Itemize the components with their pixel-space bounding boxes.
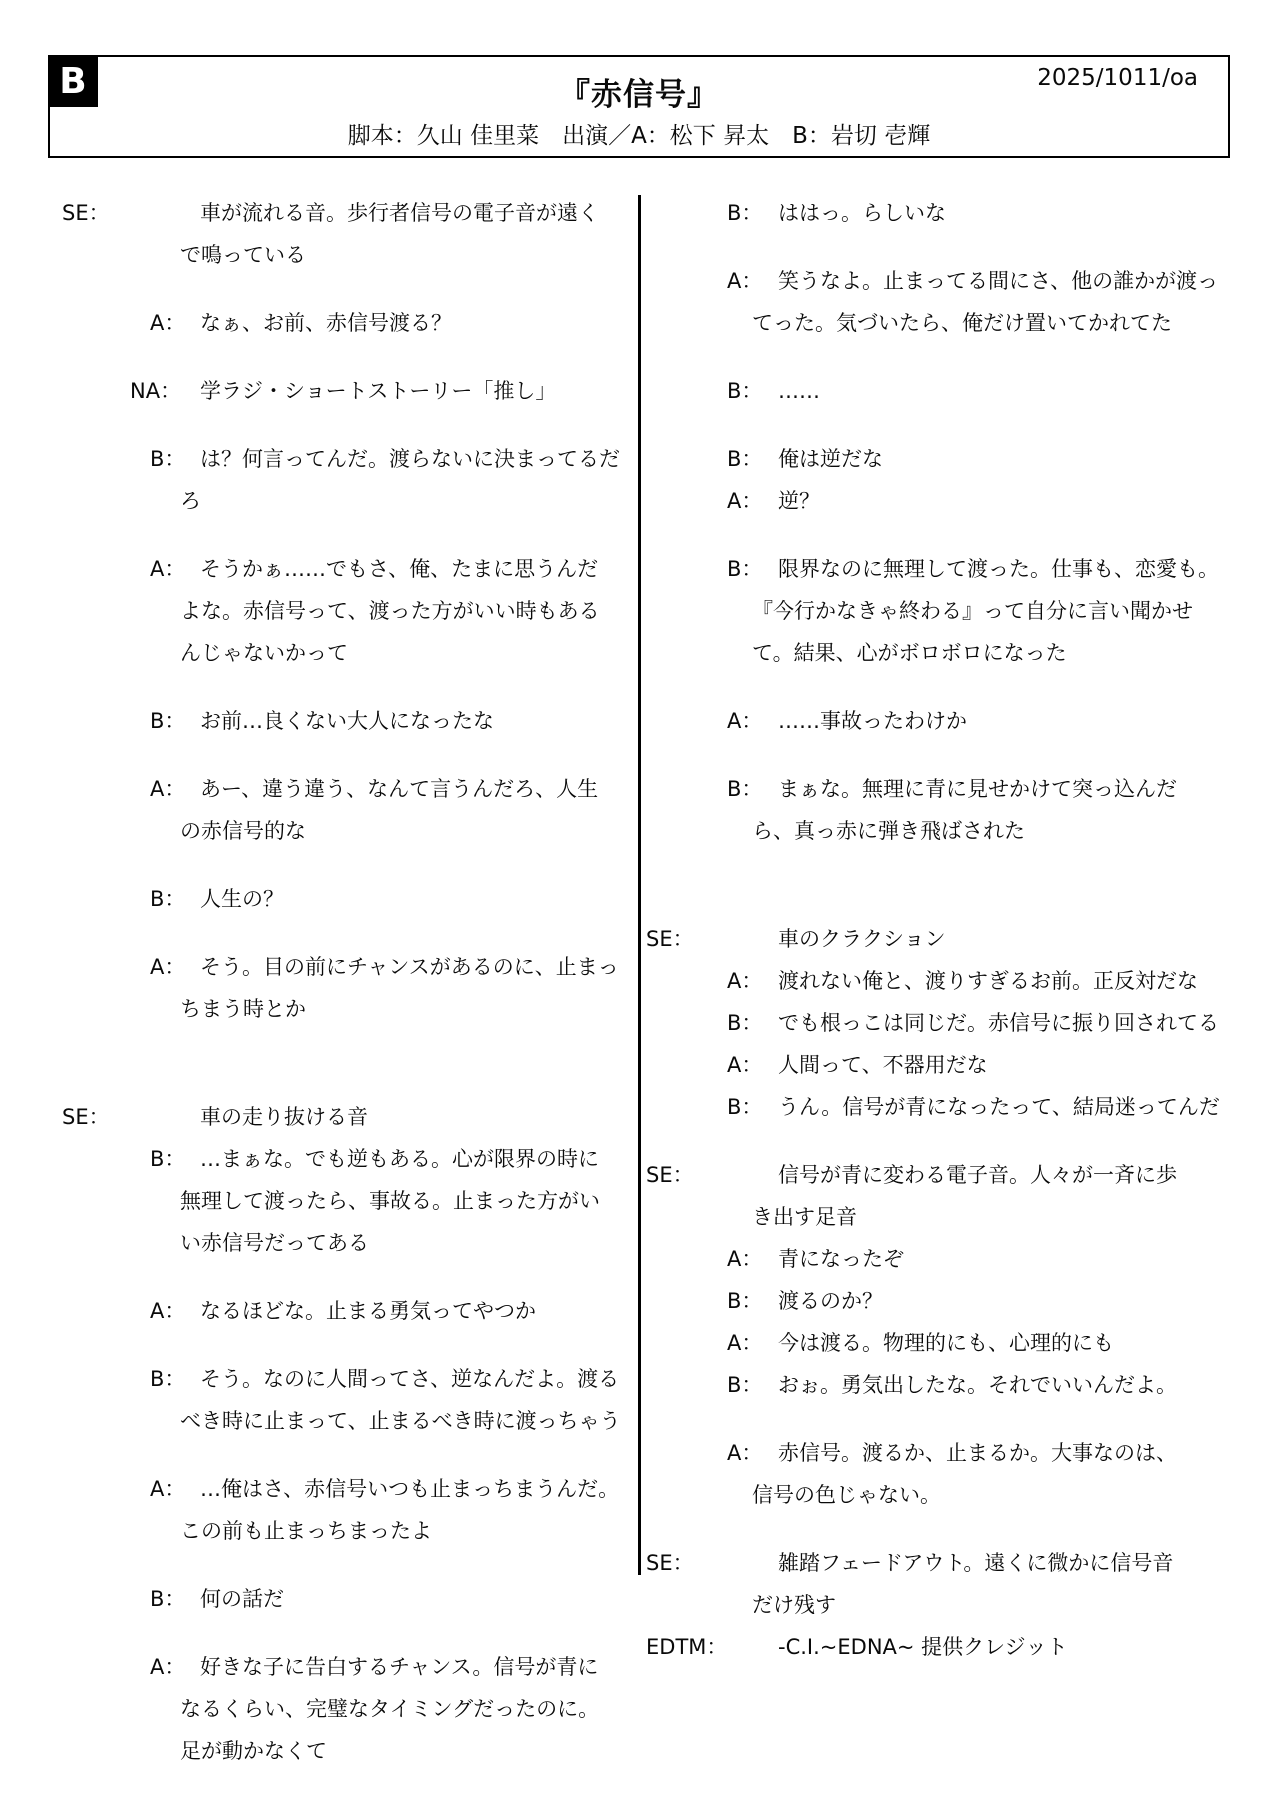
script-entry: B：…まぁな。でも逆もある。心が限界の時に 無理して渡ったら、事故る。止まった方… bbox=[48, 1138, 633, 1264]
script-column-left: SE：車が流れる音。歩行者信号の電子音が遠く で鳴っているA：なぁ、お前、赤信号… bbox=[48, 192, 633, 1772]
speaker-label: NA： bbox=[130, 370, 181, 412]
broadcast-date: 2025/1011/oa bbox=[1037, 65, 1198, 91]
dialogue-text: お前…良くない大人になったな bbox=[48, 700, 633, 742]
speaker-label: B： bbox=[150, 1358, 185, 1400]
speaker-label: B： bbox=[727, 1002, 762, 1044]
speaker-label: A： bbox=[727, 1322, 762, 1364]
script-entry: SE：信号が青に変わる電子音。人々が一斉に歩 き出す足音 bbox=[640, 1154, 1232, 1238]
dialogue-text: 車が流れる音。歩行者信号の電子音が遠く で鳴っている bbox=[48, 192, 633, 276]
dialogue-text: そう。なのに人間ってさ、逆なんだよ。渡る べき時に止まって、止まるべき時に渡っち… bbox=[48, 1358, 633, 1442]
speaker-label: A： bbox=[150, 1468, 185, 1510]
speaker-label: A： bbox=[727, 260, 762, 302]
speaker-label: B： bbox=[150, 438, 185, 480]
script-entry: B：お前…良くない大人になったな bbox=[48, 700, 633, 742]
credits-line: 脚本：久山 佳里菜 出演／A：松下 昇太 B：岩切 壱輝 bbox=[50, 117, 1228, 150]
dialogue-text: 人生の？ bbox=[48, 878, 633, 920]
dialogue-text: あー、違う違う、なんて言うんだろ、人生 の赤信号的な bbox=[48, 768, 633, 852]
speaker-label: A： bbox=[727, 1044, 762, 1086]
script-entry: B：…… bbox=[640, 370, 1232, 412]
speaker-label: A： bbox=[150, 768, 185, 810]
script-entry: B：人生の？ bbox=[48, 878, 633, 920]
speaker-label: A： bbox=[150, 946, 185, 988]
speaker-label: B： bbox=[150, 1578, 185, 1620]
script-entry: A：好きな子に告白するチャンス。信号が青に なるくらい、完璧なタイミングだったの… bbox=[48, 1646, 633, 1772]
speaker-label: B： bbox=[727, 548, 762, 590]
speaker-label: A： bbox=[727, 960, 762, 1002]
script-entry: SE：車のクラクション bbox=[640, 918, 1232, 960]
script-entry: A：逆？ bbox=[640, 480, 1232, 522]
speaker-label: B： bbox=[727, 192, 762, 234]
speaker-label: A： bbox=[727, 700, 762, 742]
script-entry: B：は？何言ってんだ。渡らないに決まってるだろ bbox=[48, 438, 633, 522]
dialogue-text: …まぁな。でも逆もある。心が限界の時に 無理して渡ったら、事故る。止まった方がい… bbox=[48, 1138, 633, 1264]
speaker-label: EDTM： bbox=[646, 1626, 727, 1668]
speaker-label: B： bbox=[150, 878, 185, 920]
speaker-label: B： bbox=[727, 438, 762, 480]
speaker-label: A： bbox=[150, 1290, 185, 1332]
dialogue-text: なぁ、お前、赤信号渡る？ bbox=[48, 302, 633, 344]
dialogue-text: 信号が青に変わる電子音。人々が一斉に歩 き出す足音 bbox=[640, 1154, 1232, 1238]
speaker-label: B： bbox=[727, 768, 762, 810]
speaker-label: B： bbox=[727, 1364, 762, 1406]
dialogue-text: 何の話だ bbox=[48, 1578, 633, 1620]
dialogue-text: …俺はさ、赤信号いつも止まっちまうんだ。 この前も止まっちまったよ bbox=[48, 1468, 633, 1552]
script-entry: A：青になったぞ bbox=[640, 1238, 1232, 1280]
dialogue-text: なるほどな。止まる勇気ってやつか bbox=[48, 1290, 633, 1332]
dialogue-text: -C.I.~EDNA~ 提供クレジット bbox=[640, 1626, 1232, 1668]
speaker-label: B： bbox=[727, 1086, 762, 1128]
script-column-right: B：ははっ。らしいなA：笑うなよ。止まってる間にさ、他の誰かが渡っ てった。気づ… bbox=[640, 192, 1232, 1668]
script-entry: A：…俺はさ、赤信号いつも止まっちまうんだ。 この前も止まっちまったよ bbox=[48, 1468, 633, 1552]
script-entry: A：赤信号。渡るか、止まるか。大事なのは、 信号の色じゃない。 bbox=[640, 1432, 1232, 1516]
speaker-label: B： bbox=[150, 1138, 185, 1180]
speaker-label: SE： bbox=[646, 1154, 694, 1196]
dialogue-text: は？何言ってんだ。渡らないに決まってるだろ bbox=[48, 438, 633, 522]
script-entry: B：おぉ。勇気出したな。それでいいんだよ。 bbox=[640, 1364, 1232, 1406]
script-entry: B：うん。信号が青になったって、結局迷ってんだ bbox=[640, 1086, 1232, 1128]
script-entry: A：なるほどな。止まる勇気ってやつか bbox=[48, 1290, 633, 1332]
script-entry: A：そうかぁ……でもさ、俺、たまに思うんだ よな。赤信号って、渡った方がいい時も… bbox=[48, 548, 633, 674]
script-entry: EDTM：-C.I.~EDNA~ 提供クレジット bbox=[640, 1626, 1232, 1668]
header-box: B 『赤信号』 2025/1011/oa 脚本：久山 佳里菜 出演／A：松下 昇… bbox=[48, 55, 1230, 158]
speaker-label: A： bbox=[727, 1432, 762, 1474]
script-entry: B：そう。なのに人間ってさ、逆なんだよ。渡る べき時に止まって、止まるべき時に渡… bbox=[48, 1358, 633, 1442]
speaker-label: SE： bbox=[646, 918, 694, 960]
script-entry: A：あー、違う違う、なんて言うんだろ、人生 の赤信号的な bbox=[48, 768, 633, 852]
script-entry: NA：学ラジ・ショートストーリー「推し」 bbox=[48, 370, 633, 412]
speaker-label: B： bbox=[727, 370, 762, 412]
dialogue-text: 雑踏フェードアウト。遠くに微かに信号音 だけ残す bbox=[640, 1542, 1232, 1626]
speaker-label: A： bbox=[150, 302, 185, 344]
script-entry: A：今は渡る。物理的にも、心理的にも bbox=[640, 1322, 1232, 1364]
dialogue-text: 好きな子に告白するチャンス。信号が青に なるくらい、完璧なタイミングだったのに。… bbox=[48, 1646, 633, 1772]
speaker-label: SE： bbox=[646, 1542, 694, 1584]
speaker-label: B： bbox=[150, 700, 185, 742]
script-entry: A：なぁ、お前、赤信号渡る？ bbox=[48, 302, 633, 344]
dialogue-text: そう。目の前にチャンスがあるのに、止まっ ちまう時とか bbox=[48, 946, 633, 1030]
dialogue-text: 車のクラクション bbox=[640, 918, 1232, 960]
speaker-label: A： bbox=[727, 1238, 762, 1280]
dialogue-text: そうかぁ……でもさ、俺、たまに思うんだ よな。赤信号って、渡った方がいい時もある… bbox=[48, 548, 633, 674]
script-entry: SE：車が流れる音。歩行者信号の電子音が遠く で鳴っている bbox=[48, 192, 633, 276]
speaker-label: SE： bbox=[62, 1096, 110, 1138]
script-entry: A：……事故ったわけか bbox=[640, 700, 1232, 742]
script-entry: B：何の話だ bbox=[48, 1578, 633, 1620]
script-entry: B：俺は逆だな bbox=[640, 438, 1232, 480]
speaker-label: A： bbox=[727, 480, 762, 522]
script-entry: SE：雑踏フェードアウト。遠くに微かに信号音 だけ残す bbox=[640, 1542, 1232, 1626]
script-entry: A：人間って、不器用だな bbox=[640, 1044, 1232, 1086]
script-entry: B：渡るのか？ bbox=[640, 1280, 1232, 1322]
script-page: B 『赤信号』 2025/1011/oa 脚本：久山 佳里菜 出演／A：松下 昇… bbox=[0, 0, 1280, 1809]
script-entry: A：渡れない俺と、渡りすぎるお前。正反対だな bbox=[640, 960, 1232, 1002]
script-entry: B：まぁな。無理に青に見せかけて突っ込んだ ら、真っ赤に弾き飛ばされた bbox=[640, 768, 1232, 852]
script-entry: B：でも根っこは同じだ。赤信号に振り回されてる bbox=[640, 1002, 1232, 1044]
speaker-label: A： bbox=[150, 548, 185, 590]
dialogue-text: 車の走り抜ける音 bbox=[48, 1096, 633, 1138]
script-entry: SE：車の走り抜ける音 bbox=[48, 1096, 633, 1138]
script-entry: B：ははっ。らしいな bbox=[640, 192, 1232, 234]
script-entry: B：限界なのに無理して渡った。仕事も、恋愛も。 『今行かなきゃ終わる』って自分に… bbox=[640, 548, 1232, 674]
speaker-label: SE： bbox=[62, 192, 110, 234]
speaker-label: B： bbox=[727, 1280, 762, 1322]
script-entry: A：笑うなよ。止まってる間にさ、他の誰かが渡っ てった。気づいたら、俺だけ置いて… bbox=[640, 260, 1232, 344]
script-entry: A：そう。目の前にチャンスがあるのに、止まっ ちまう時とか bbox=[48, 946, 633, 1030]
speaker-label: A： bbox=[150, 1646, 185, 1688]
